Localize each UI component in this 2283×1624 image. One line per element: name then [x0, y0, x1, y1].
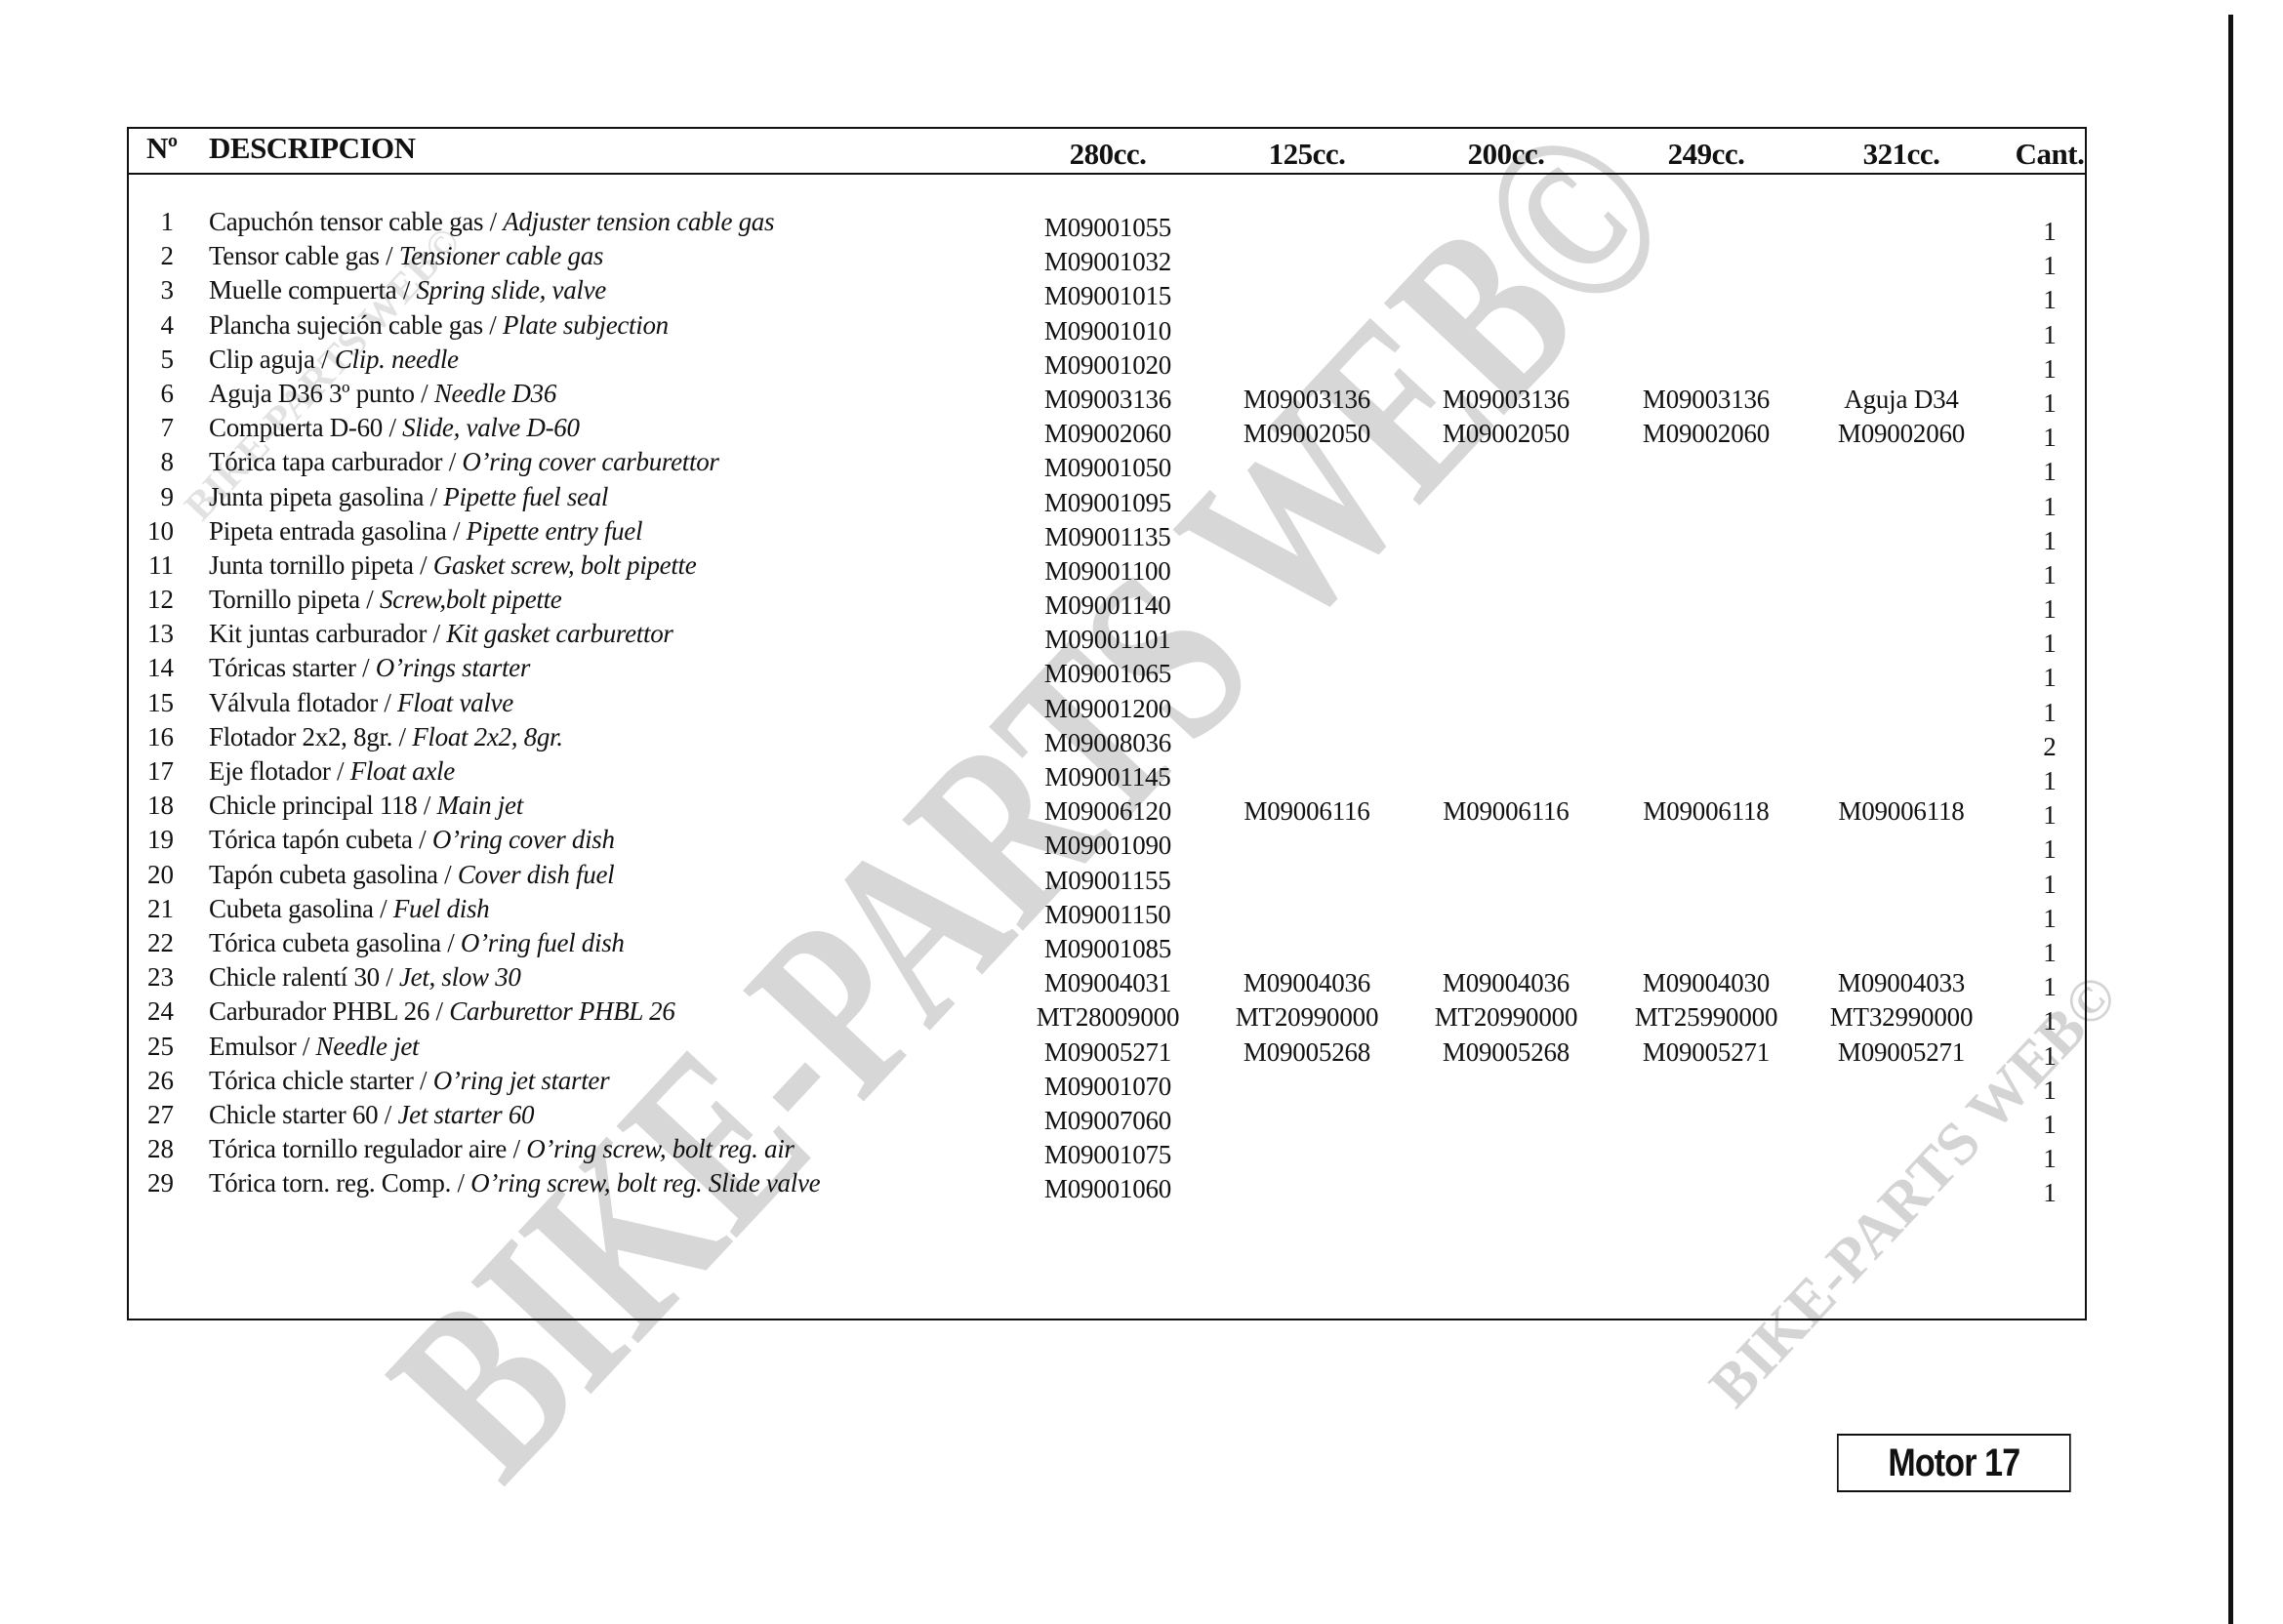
row-description: Aguja D36 3º punto / Needle D36 — [209, 377, 556, 411]
description-english: Needle jet — [316, 1032, 420, 1061]
description-spanish: Flotador 2x2, 8gr. — [209, 722, 392, 751]
description-spanish: Carburador PHBL 26 — [209, 996, 429, 1026]
description-english: O’ring fuel dish — [461, 928, 625, 957]
description-spanish: Válvula flotador — [209, 688, 378, 717]
table-row: 17Eje flotador / Float axleM090011451 — [129, 754, 2085, 789]
description-spanish: Plancha sujeción cable gas — [209, 310, 483, 340]
row-number: 11 — [148, 548, 174, 583]
table-row: 10Pipeta entrada gasolina / Pipette entr… — [129, 514, 2085, 548]
header-200cc: 200cc. — [1468, 137, 1545, 172]
description-english: O’ring screw, bolt reg. air — [526, 1134, 794, 1163]
description-separator: / — [378, 688, 397, 717]
row-description: Tórica tapa carburador / O’ring cover ca… — [209, 445, 719, 479]
description-english: Kit gasket carburettor — [446, 619, 673, 648]
table-row: 20Tapón cubeta gasolina / Cover dish fue… — [129, 858, 2085, 892]
row-description: Plancha sujeción cable gas / Plate subje… — [209, 308, 669, 343]
header-249cc: 249cc. — [1668, 137, 1745, 172]
row-number: 19 — [147, 823, 174, 857]
row-description: Carburador PHBL 26 / Carburettor PHBL 26 — [209, 995, 675, 1029]
row-quantity: 1 — [2043, 1176, 2057, 1210]
row-description: Tórica tornillo regulador aire / O’ring … — [209, 1132, 795, 1166]
description-spanish: Tórica tapa carburador — [209, 447, 442, 476]
row-description: Tensor cable gas / Tensioner cable gas — [209, 239, 603, 273]
parts-table: Nº DESCRIPCION 280cc. 125cc. 200cc. 249c… — [127, 127, 2087, 1320]
description-separator: / — [414, 550, 433, 580]
description-spanish: Tóricas starter — [209, 653, 356, 682]
table-row: 1Capuchón tensor cable gas / Adjuster te… — [129, 205, 2085, 239]
row-number: 7 — [161, 411, 175, 445]
row-description: Pipeta entrada gasolina / Pipette entry … — [209, 514, 642, 548]
description-english: O’ring cover dish — [432, 825, 615, 854]
description-english: O’ring jet starter — [433, 1066, 610, 1095]
description-english: Carburettor PHBL 26 — [449, 996, 674, 1026]
description-english: Clip. needle — [335, 345, 459, 374]
table-row: 7Compuerta D-60 / Slide, valve D-60M0900… — [129, 411, 2085, 445]
description-spanish: Chicle principal 118 — [209, 791, 417, 820]
row-number: 18 — [147, 789, 174, 823]
description-separator: / — [413, 825, 432, 854]
description-spanish: Tensor cable gas — [209, 241, 380, 270]
description-spanish: Tórica chicle starter — [209, 1066, 414, 1095]
description-spanish: Chicle starter 60 — [209, 1100, 378, 1129]
description-spanish: Tórica torn. reg. Comp. — [209, 1168, 451, 1198]
row-description: Chicle starter 60 / Jet starter 60 — [209, 1098, 534, 1132]
description-english: Cover dish fuel — [458, 860, 614, 889]
description-separator: / — [438, 860, 458, 889]
header-125cc: 125cc. — [1269, 137, 1346, 172]
table-row: 18Chicle principal 118 / Main jetM090061… — [129, 789, 2085, 823]
description-separator: / — [392, 722, 412, 751]
row-number: 2 — [161, 239, 175, 273]
description-spanish: Tapón cubeta gasolina — [209, 860, 438, 889]
description-separator: / — [380, 962, 399, 992]
description-spanish: Junta pipeta gasolina — [209, 482, 424, 511]
table-row: 27Chicle starter 60 / Jet starter 60M090… — [129, 1098, 2085, 1132]
row-number: 12 — [147, 583, 174, 617]
description-english: O’ring cover carburettor — [462, 447, 718, 476]
row-number: 6 — [161, 377, 175, 411]
description-spanish: Capuchón tensor cable gas — [209, 207, 483, 236]
description-separator: / — [427, 619, 446, 648]
description-separator: / — [483, 207, 503, 236]
table-row: 5Clip aguja / Clip. needleM090010201 — [129, 343, 2085, 377]
table-row: 9Junta pipeta gasolina / Pipette fuel se… — [129, 480, 2085, 514]
description-separator: / — [315, 345, 335, 374]
table-row: 3Muelle compuerta / Spring slide, valveM… — [129, 273, 2085, 307]
description-english: Gasket screw, bolt pipette — [433, 550, 697, 580]
row-description: Clip aguja / Clip. needle — [209, 343, 459, 377]
description-separator: / — [296, 1032, 315, 1061]
description-english: Fuel dish — [393, 894, 490, 923]
row-description: Tornillo pipeta / Screw,bolt pipette — [209, 583, 562, 617]
table-row: 14Tóricas starter / O’rings starterM0900… — [129, 651, 2085, 685]
row-number: 27 — [147, 1098, 174, 1132]
row-description: Capuchón tensor cable gas / Adjuster ten… — [209, 205, 774, 239]
table-body: 1Capuchón tensor cable gas / Adjuster te… — [129, 205, 2085, 1200]
row-description: Compuerta D-60 / Slide, valve D-60 — [209, 411, 580, 445]
row-number: 21 — [147, 892, 174, 926]
description-separator: / — [483, 310, 503, 340]
row-number: 24 — [147, 995, 174, 1029]
description-spanish: Eje flotador — [209, 756, 331, 786]
description-spanish: Clip aguja — [209, 345, 315, 374]
table-row: 26Tórica chicle starter / O’ring jet sta… — [129, 1064, 2085, 1098]
row-number: 22 — [147, 926, 174, 960]
description-spanish: Junta tornillo pipeta — [209, 550, 414, 580]
description-spanish: Tórica cubeta gasolina — [209, 928, 441, 957]
description-separator: / — [378, 1100, 397, 1129]
description-english: Spring slide, valve — [416, 275, 606, 304]
row-number: 28 — [147, 1132, 174, 1166]
description-separator: / — [424, 482, 443, 511]
table-row: 21Cubeta gasolina / Fuel dishM090011501 — [129, 892, 2085, 926]
description-separator: / — [356, 653, 376, 682]
description-separator: / — [331, 756, 350, 786]
description-english: Float valve — [397, 688, 513, 717]
table-row: 25Emulsor / Needle jetM09005271M09005268… — [129, 1030, 2085, 1064]
row-number: 4 — [161, 308, 175, 343]
table-row: 13Kit juntas carburador / Kit gasket car… — [129, 617, 2085, 651]
table-row: 19Tórica tapón cubeta / O’ring cover dis… — [129, 823, 2085, 857]
row-description: Junta tornillo pipeta / Gasket screw, bo… — [209, 548, 696, 583]
description-separator: / — [429, 996, 449, 1026]
description-separator: / — [417, 791, 436, 820]
description-spanish: Emulsor — [209, 1032, 296, 1061]
row-description: Junta pipeta gasolina / Pipette fuel sea… — [209, 480, 608, 514]
table-row: 11Junta tornillo pipeta / Gasket screw, … — [129, 548, 2085, 583]
description-english: Float axle — [350, 756, 455, 786]
description-english: Pipette entry fuel — [467, 516, 643, 546]
description-separator: / — [396, 275, 416, 304]
description-spanish: Tornillo pipeta — [209, 585, 360, 614]
row-number: 26 — [147, 1064, 174, 1098]
header-280cc: 280cc. — [1070, 137, 1147, 172]
description-spanish: Cubeta gasolina — [209, 894, 374, 923]
row-number: 5 — [161, 343, 175, 377]
row-number: 23 — [147, 960, 174, 995]
description-english: Jet starter 60 — [397, 1100, 534, 1129]
part-code: M09001060 — [1044, 1172, 1171, 1206]
row-description: Kit juntas carburador / Kit gasket carbu… — [209, 617, 673, 651]
description-separator: / — [507, 1134, 526, 1163]
table-row: 29Tórica torn. reg. Comp. / O’ring screw… — [129, 1166, 2085, 1200]
table-header: Nº DESCRIPCION 280cc. 125cc. 200cc. 249c… — [129, 129, 2085, 175]
description-separator: / — [374, 894, 393, 923]
row-description: Tapón cubeta gasolina / Cover dish fuel — [209, 858, 614, 892]
row-number: 3 — [161, 273, 175, 307]
row-number: 13 — [147, 617, 174, 651]
description-spanish: Chicle ralentí 30 — [209, 962, 380, 992]
header-description: DESCRIPCION — [209, 131, 416, 166]
description-english: Float 2x2, 8gr. — [412, 722, 563, 751]
description-english: O’ring screw, bolt reg. Slide valve — [470, 1168, 820, 1198]
description-english: Needle D36 — [434, 379, 556, 408]
description-english: Tensioner cable gas — [399, 241, 603, 270]
description-english: Main jet — [437, 791, 523, 820]
row-description: Tórica torn. reg. Comp. / O’ring screw, … — [209, 1166, 820, 1200]
table-row: 23Chicle ralentí 30 / Jet, slow 30M09004… — [129, 960, 2085, 995]
description-english: Screw,bolt pipette — [380, 585, 562, 614]
row-number: 15 — [147, 686, 174, 720]
description-spanish: Compuerta D-60 — [209, 413, 383, 442]
row-description: Cubeta gasolina / Fuel dish — [209, 892, 489, 926]
row-description: Válvula flotador / Float valve — [209, 686, 513, 720]
row-number: 16 — [147, 720, 174, 754]
description-english: Adjuster tension cable gas — [503, 207, 774, 236]
description-separator: / — [442, 447, 462, 476]
header-number: Nº — [146, 131, 178, 166]
row-number: 17 — [147, 754, 174, 789]
row-number: 1 — [161, 205, 175, 239]
description-spanish: Kit juntas carburador — [209, 619, 427, 648]
description-separator: / — [415, 379, 434, 408]
row-description: Tórica cubeta gasolina / O’ring fuel dis… — [209, 926, 625, 960]
table-row: 22Tórica cubeta gasolina / O’ring fuel d… — [129, 926, 2085, 960]
description-separator: / — [414, 1066, 433, 1095]
description-english: O’rings starter — [376, 653, 530, 682]
header-321cc: 321cc. — [1863, 137, 1940, 172]
table-row: 8Tórica tapa carburador / O’ring cover c… — [129, 445, 2085, 479]
header-quantity: Cant. — [2016, 137, 2085, 172]
row-number: 29 — [147, 1166, 174, 1200]
description-english: Plate subjection — [503, 310, 669, 340]
description-separator: / — [447, 516, 467, 546]
row-number: 14 — [147, 651, 174, 685]
row-description: Eje flotador / Float axle — [209, 754, 455, 789]
table-row: 15Válvula flotador / Float valveM0900120… — [129, 686, 2085, 720]
description-spanish: Tórica tornillo regulador aire — [209, 1134, 507, 1163]
page-label: Motor 17 — [1837, 1434, 2071, 1492]
table-row: 12Tornillo pipeta / Screw,bolt pipetteM0… — [129, 583, 2085, 617]
description-separator: / — [380, 241, 399, 270]
row-number: 8 — [161, 445, 175, 479]
row-number: 25 — [147, 1030, 174, 1064]
row-description: Chicle ralentí 30 / Jet, slow 30 — [209, 960, 521, 995]
description-separator: / — [383, 413, 402, 442]
row-description: Flotador 2x2, 8gr. / Float 2x2, 8gr. — [209, 720, 563, 754]
description-spanish: Aguja D36 3º punto — [209, 379, 415, 408]
table-row: 16Flotador 2x2, 8gr. / Float 2x2, 8gr.M0… — [129, 720, 2085, 754]
table-row: 24Carburador PHBL 26 / Carburettor PHBL … — [129, 995, 2085, 1029]
table-row: 28Tórica tornillo regulador aire / O’rin… — [129, 1132, 2085, 1166]
description-separator: / — [451, 1168, 470, 1198]
row-number: 9 — [161, 480, 175, 514]
row-number: 10 — [147, 514, 174, 548]
row-description: Emulsor / Needle jet — [209, 1030, 419, 1064]
row-description: Tórica chicle starter / O’ring jet start… — [209, 1064, 609, 1098]
table-row: 6Aguja D36 3º punto / Needle D36M0900313… — [129, 377, 2085, 411]
description-spanish: Tórica tapón cubeta — [209, 825, 413, 854]
row-description: Chicle principal 118 / Main jet — [209, 789, 523, 823]
table-row: 4Plancha sujeción cable gas / Plate subj… — [129, 308, 2085, 343]
description-separator: / — [441, 928, 461, 957]
parts-list-page: BIKE-PARTS WEB© BIKE-PARTS WEB© BIKE-PAR… — [0, 0, 2283, 1624]
description-spanish: Muelle compuerta — [209, 275, 396, 304]
description-english: Pipette fuel seal — [443, 482, 608, 511]
description-english: Slide, valve D-60 — [402, 413, 580, 442]
description-spanish: Pipeta entrada gasolina — [209, 516, 447, 546]
row-description: Tóricas starter / O’rings starter — [209, 651, 530, 685]
row-number: 20 — [147, 858, 174, 892]
description-separator: / — [360, 585, 380, 614]
row-description: Muelle compuerta / Spring slide, valve — [209, 273, 606, 307]
description-english: Jet, slow 30 — [399, 962, 521, 992]
table-row: 2Tensor cable gas / Tensioner cable gasM… — [129, 239, 2085, 273]
row-description: Tórica tapón cubeta / O’ring cover dish — [209, 823, 615, 857]
page-edge-bar — [2228, 15, 2233, 1624]
